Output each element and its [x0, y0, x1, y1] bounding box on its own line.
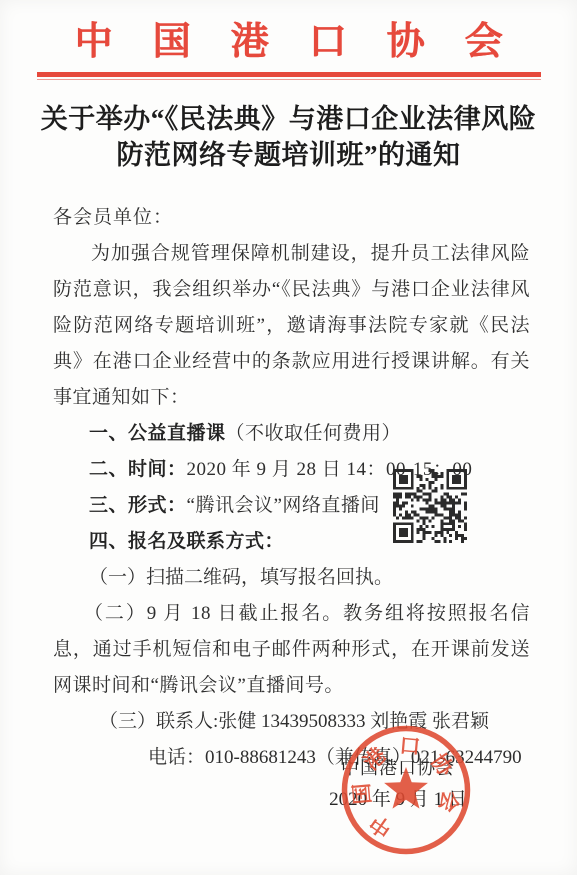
signature-date: 2020 年 9 月 1 日	[318, 785, 478, 815]
notice-document: 中国港口协会 关于举办“《民法典》与港口企业法律风险 防范网络专题培训班”的通知…	[0, 0, 577, 875]
list-item-1-rest: （不收取任何费用）	[226, 423, 402, 444]
sub-item-contacts: （三）联系人:张健 13439508333 刘艳霞 张君颖	[53, 704, 530, 740]
list-item-4-lead: 四、报名及联系方式：	[89, 531, 284, 552]
list-item-3-rest: “腾讯会议”网络直播间	[187, 495, 380, 516]
list-item-2-lead: 二、时间：	[89, 459, 187, 480]
qr-code-image	[392, 469, 468, 543]
list-item-3-lead: 三、形式：	[89, 495, 187, 516]
salutation: 各会员单位：	[53, 200, 530, 236]
letterhead-divider	[37, 72, 541, 80]
sub-item-deadline: （二）9 月 18 日截止报名。教务组将按照报名信息，通过手机短信和电子邮件两种…	[53, 596, 530, 704]
doc-title-line2: 防范网络专题培训班”的通知	[0, 137, 577, 173]
list-item-1: 一、公益直播课（不收取任何费用）	[53, 416, 530, 452]
qr-code	[392, 469, 468, 543]
doc-title: 关于举办“《民法典》与港口企业法律风险 防范网络专题培训班”的通知	[0, 101, 577, 173]
intro-paragraph: 为加强合规管理保障机制建设，提升员工法律风险防范意识，我会组织举办“《民法典》与…	[53, 236, 530, 416]
list-item-1-lead: 一、公益直播课	[89, 423, 226, 444]
sub-item-scan-qr: （一）扫描二维码，填写报名回执。	[53, 560, 530, 596]
letterhead-org-name: 中国港口协会	[0, 0, 577, 70]
signature-block: 中国港口协会 2020 年 9 月 1 日	[318, 755, 478, 815]
doc-title-line1: 关于举办“《民法典》与港口企业法律风险	[0, 101, 577, 137]
signature-org: 中国港口协会	[318, 755, 478, 782]
